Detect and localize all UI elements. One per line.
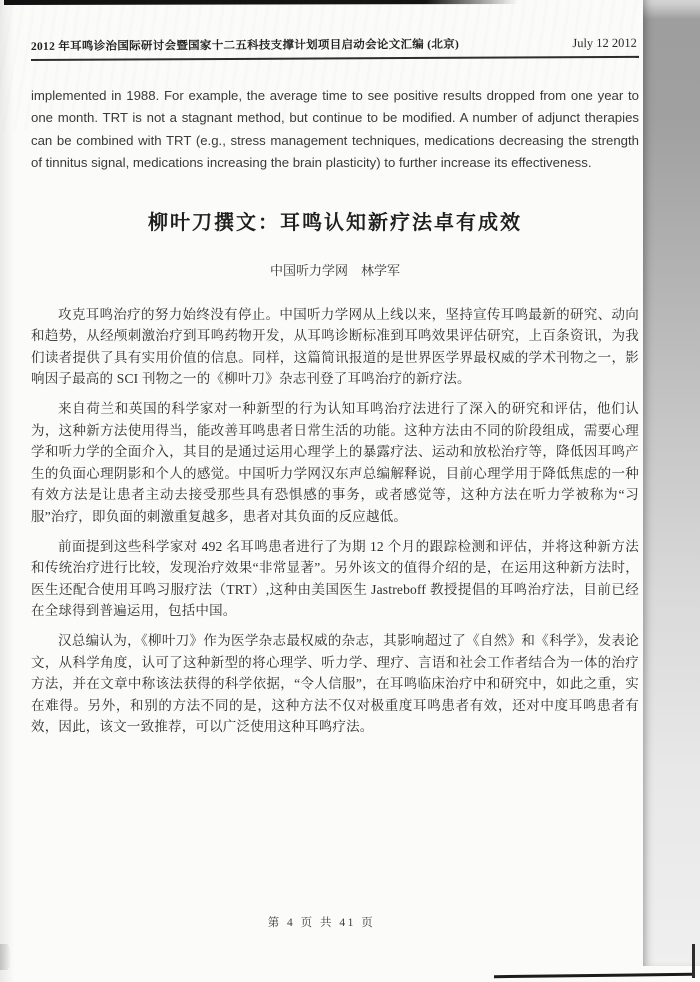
page-footer: 第 4 页 共 41 页 (0, 914, 643, 930)
article-title: 柳叶刀撰文：耳鸣认知新疗法卓有成效 (31, 209, 639, 237)
header-date: July 12 2012 (572, 36, 639, 51)
article-paragraph-4: 汉总编认为，《柳叶刀》作为医学杂志最权威的杂志，其影响超过了《自然》和《科学》，… (31, 630, 639, 738)
scan-artifact-right-shadow (643, 0, 700, 966)
page-number: 第 4 页 共 41 页 (268, 917, 376, 929)
page-content: 2012 年耳鸣诊治国际研讨会暨国家十二五科技支撑计划项目启动会论文汇编 (北京… (31, 0, 639, 738)
article-paragraph-1: 攻克耳鸣治疗的努力始终没有停止。中国听力学网从上线以来，坚持宣传耳鸣最新的研究、… (31, 304, 639, 390)
english-paragraph: implemented in 1988. For example, the av… (31, 85, 639, 175)
article-paragraph-3: 前面提到这些科学家对 492 名耳鸣患者进行了为期 12 个月的跟踪检测和评估，… (31, 536, 639, 622)
scanned-page: 2012 年耳鸣诊治国际研讨会暨国家十二五科技支撑计划项目启动会论文汇编 (北京… (0, 0, 700, 982)
article-paragraph-2: 来自荷兰和英国的科学家对一种新型的行为认知耳鸣治疗法进行了深入的研究和评估，他们… (31, 398, 639, 528)
page-header: 2012 年耳鸣诊治国际研讨会暨国家十二五科技支撑计划项目启动会论文汇编 (北京… (31, 35, 639, 61)
article-byline: 中国听力学网 林学军 (31, 260, 639, 279)
scan-artifact-corner-mark (692, 944, 695, 978)
proceedings-title: 2012 年耳鸣诊治国际研讨会暨国家十二五科技支撑计划项目启动会论文汇编 (北京… (31, 36, 459, 54)
scan-artifact-bottom-edge (494, 973, 692, 978)
scan-artifact-left-smudge (0, 944, 11, 970)
